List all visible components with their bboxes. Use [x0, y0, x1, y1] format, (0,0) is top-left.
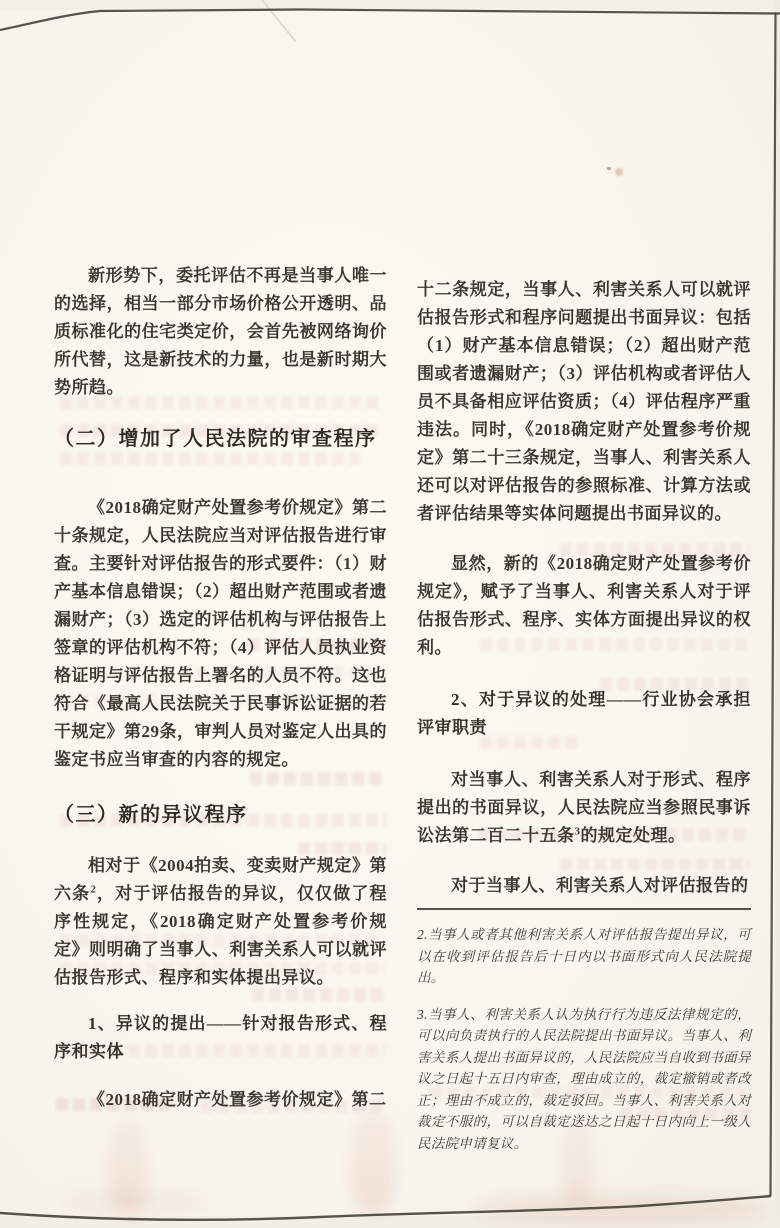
- paragraph-text: ，对于评估报告的异议，仅仅做了程序性规定，《2018确定财产处置参考价规定》则明…: [54, 884, 387, 987]
- scanned-document-page: 新形势下，委托评估不再是当事人唯一的选择，相当一部分市场价格公开透明、品质标准化…: [0, 0, 780, 1228]
- bleedthrough-smudge: [350, 1110, 396, 1215]
- section-heading-3: （三）新的异议程序: [54, 800, 387, 830]
- paragraph-continuation-end: 十二条规定，当事人、利害关系人可以就评估报告形式和程序问题提出书面异议：包括（1…: [417, 276, 751, 528]
- ink-speck: [607, 167, 611, 170]
- page-top-edge-line: [0, 10, 780, 31]
- footnote-3: 3.当事人、利害关系人认为执行行为违反法律规定的，可以向负责执行的人民法院提出书…: [417, 1004, 751, 1155]
- right-column: 十二条规定，当事人、利害关系人可以就评估报告形式和程序问题提出书面异议：包括（1…: [417, 262, 751, 1154]
- footnote-2: 2.当事人或者其他利害关系人对评估报告提出异议，可以在收到评估报告后十日内以书面…: [417, 924, 751, 989]
- paragraph-court-review: 《2018确定财产处置参考价规定》第二十条规定，人民法院应当对评估报告进行审查。…: [54, 494, 387, 774]
- paragraph-handling: 对当事人、利害关系人对于形式、程序提出的书面异议，人民法院应当参照民事诉讼法第二…: [417, 766, 751, 850]
- paragraph-intro: 新形势下，委托评估不再是当事人唯一的选择，相当一部分市场价格公开透明、品质标准化…: [54, 262, 387, 402]
- bleedthrough-smudge: [60, 1192, 210, 1212]
- subheading-1: 1、异议的提出——针对报告形式、程序和实体: [54, 1010, 387, 1066]
- page-edge-margin-right: [775, 0, 780, 1228]
- paragraph-last-line: 对于当事人、利害关系人对评估报告的: [417, 872, 751, 900]
- subheading-2: 2、对于异议的处理——行业协会承担评审职责: [417, 686, 751, 742]
- left-column: 新形势下，委托评估不再是当事人唯一的选择，相当一部分市场价格公开透明、品质标准化…: [54, 262, 387, 1114]
- footnotes-block: 2.当事人或者其他利害关系人对评估报告提出异议，可以在收到评估报告后十日内以书面…: [417, 908, 751, 1154]
- paragraph-continuation-start: 《2018确定财产处置参考价规定》第二: [54, 1086, 387, 1114]
- section-heading-2: （二）增加了人民法院的审查程序: [54, 424, 387, 454]
- paragraph-text: 的规定处理。: [581, 826, 686, 845]
- paragraph-objection-intro: 相对于《2004拍卖、变卖财产规定》第六条2，对于评估报告的异议，仅仅做了程序性…: [54, 852, 387, 992]
- paragraph-rights-granted: 显然，新的《2018确定财产处置参考价规定》，赋予了当事人、利害关系人对于评估报…: [417, 550, 751, 662]
- ink-speck: [615, 168, 623, 176]
- bleedthrough-smudge: [470, 1196, 770, 1222]
- page-edge-margin-top: [0, 0, 780, 10]
